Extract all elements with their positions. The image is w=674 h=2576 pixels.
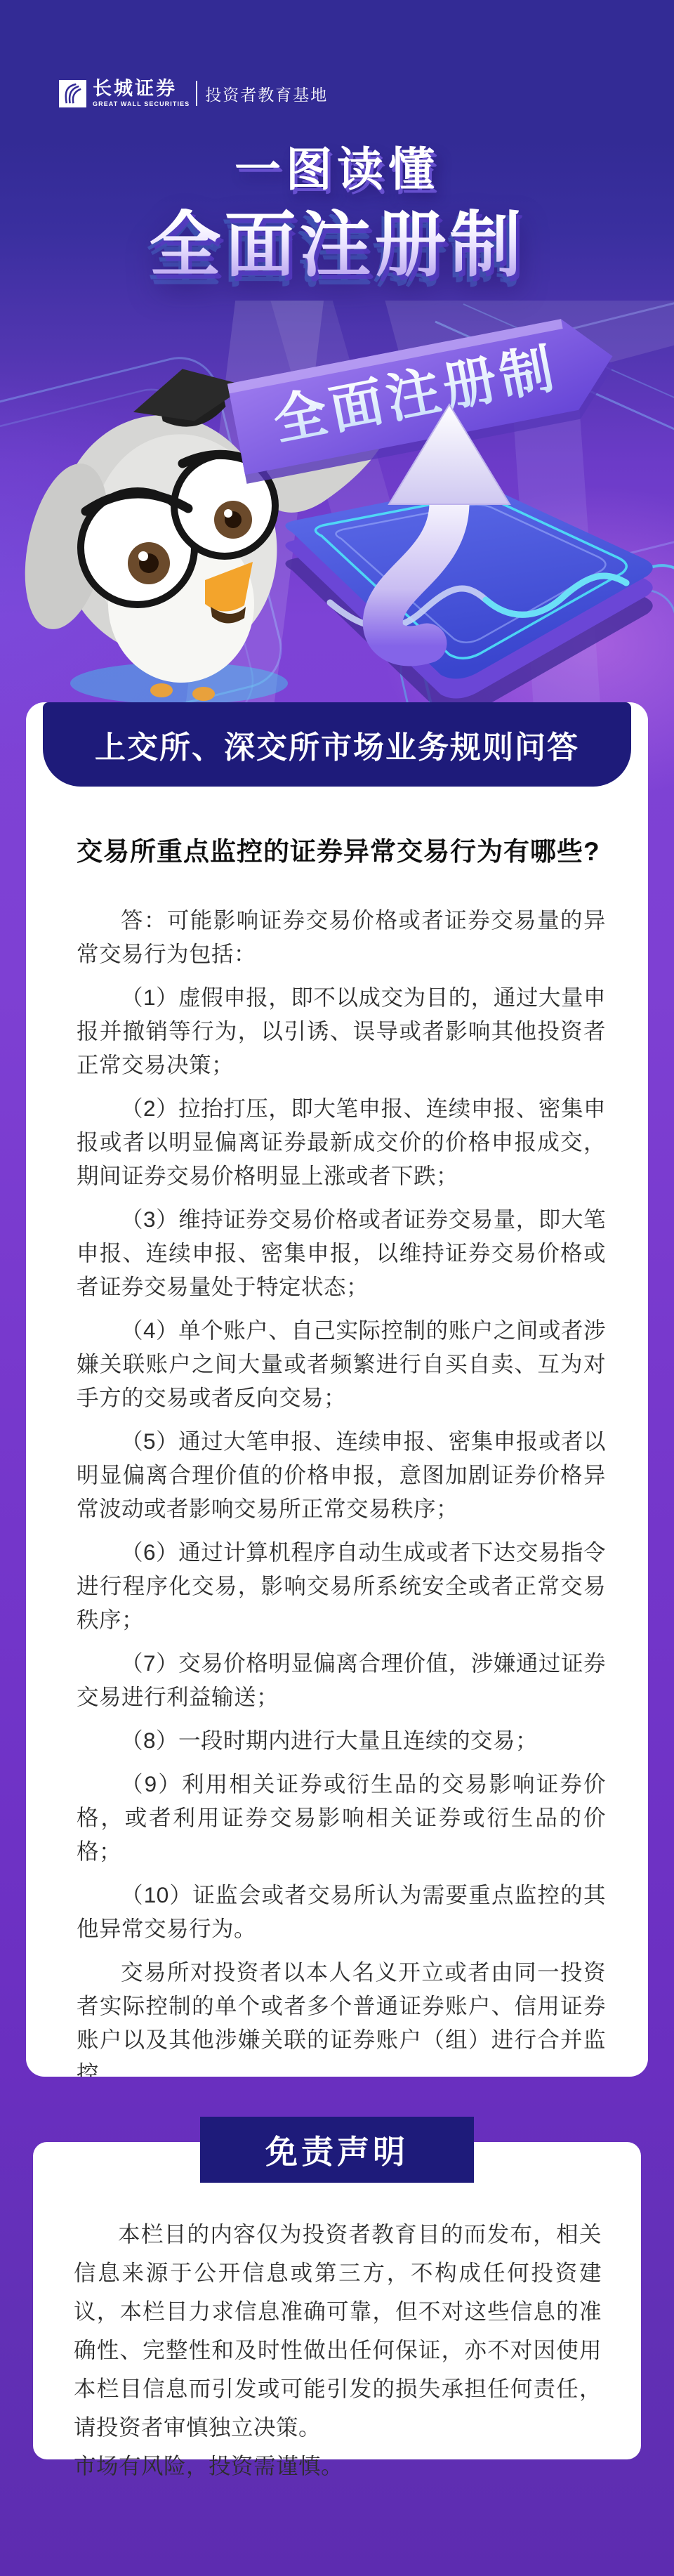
- qa-paragraph: （8）一段时期内进行大量且连续的交易；: [77, 1723, 606, 1757]
- brand-divider: [196, 81, 197, 106]
- qa-answer-body: 答：可能影响证券交易价格或者证券交易量的异常交易行为包括： （1）虚假申报，即不…: [77, 903, 606, 2077]
- qa-paragraph: 交易所对投资者以本人名义开立或者由同一投资者实际控制的单个或者多个普通证券账户、…: [77, 1955, 606, 2077]
- greatwall-logo-icon: [59, 80, 86, 107]
- brand-name-cn: 长城证券: [93, 79, 190, 98]
- qa-card: 上交所、深交所市场业务规则问答 交易所重点监控的证券异常交易行为有哪些? 答：可…: [26, 702, 648, 2077]
- disclaimer-body: 本栏目的内容仅为投资者教育目的而发布，相关信息来源于公开信息或第三方，不构成任何…: [74, 2215, 602, 2485]
- hero-title-line2: 全面注册制: [0, 209, 674, 282]
- disclaimer-paragraph: 市场有风险，投资需谨慎。: [74, 2447, 602, 2485]
- qa-question-title: 交易所重点监控的证券异常交易行为有哪些?: [77, 830, 606, 868]
- qa-paragraph: （1）虚假申报，即不以成交为目的，通过大量申报并撤销等行为，以引诱、误导或者影响…: [77, 980, 606, 1082]
- hero-title: 一图读懂 全面注册制: [0, 132, 674, 282]
- qa-card-banner: 上交所、深交所市场业务规则问答: [43, 702, 631, 787]
- brand-subtitle: 投资者教育基地: [205, 82, 328, 105]
- qa-paragraph: 答：可能影响证券交易价格或者证券交易量的异常交易行为包括：: [77, 903, 606, 971]
- disclaimer-badge: 免责声明: [200, 2117, 474, 2183]
- hero-illustration: 全面注册制: [0, 301, 674, 704]
- qa-paragraph: （4）单个账户、自己实际控制的账户之间或者涉嫌关联账户之间大量或者频繁进行自买自…: [77, 1313, 606, 1414]
- poster-page: 长城证券 GREAT WALL SECURITIES 投资者教育基地 一图读懂 …: [0, 0, 674, 2576]
- qa-paragraph: （3）维持证券交易价格或者证券交易量，即大笔申报、连续申报、密集申报，以维持证券…: [77, 1202, 606, 1303]
- disclaimer-paragraph: 本栏目的内容仅为投资者教育目的而发布，相关信息来源于公开信息或第三方，不构成任何…: [74, 2215, 602, 2447]
- qa-paragraph: （5）通过大笔申报、连续申报、密集申报或者以明显偏离合理价值的价格申报，意图加剧…: [77, 1424, 606, 1525]
- brand-header: 长城证券 GREAT WALL SECURITIES 投资者教育基地: [59, 79, 328, 107]
- brand-name-en: GREAT WALL SECURITIES: [93, 101, 190, 107]
- qa-paragraph: （6）通过计算机程序自动生成或者下达交易指令进行程序化交易，影响交易所系统安全或…: [77, 1535, 606, 1636]
- qa-paragraph: （7）交易价格明显偏离合理价值，涉嫌通过证券交易进行利益输送；: [77, 1646, 606, 1714]
- hero-title-line1: 一图读懂: [0, 132, 674, 199]
- disclaimer-card: 免责声明 本栏目的内容仅为投资者教育目的而发布，相关信息来源于公开信息或第三方，…: [33, 2142, 641, 2459]
- brand-text: 长城证券 GREAT WALL SECURITIES 投资者教育基地: [93, 79, 328, 107]
- qa-paragraph: （10）证监会或者交易所认为需要重点监控的其他异常交易行为。: [77, 1878, 606, 1945]
- qa-paragraph: （2）拉抬打压，即大笔申报、连续申报、密集申报或者以明显偏离证券最新成交价的价格…: [77, 1091, 606, 1192]
- qa-paragraph: （9）利用相关证券或衍生品的交易影响证券价格，或者利用证券交易影响相关证券或衍生…: [77, 1767, 606, 1868]
